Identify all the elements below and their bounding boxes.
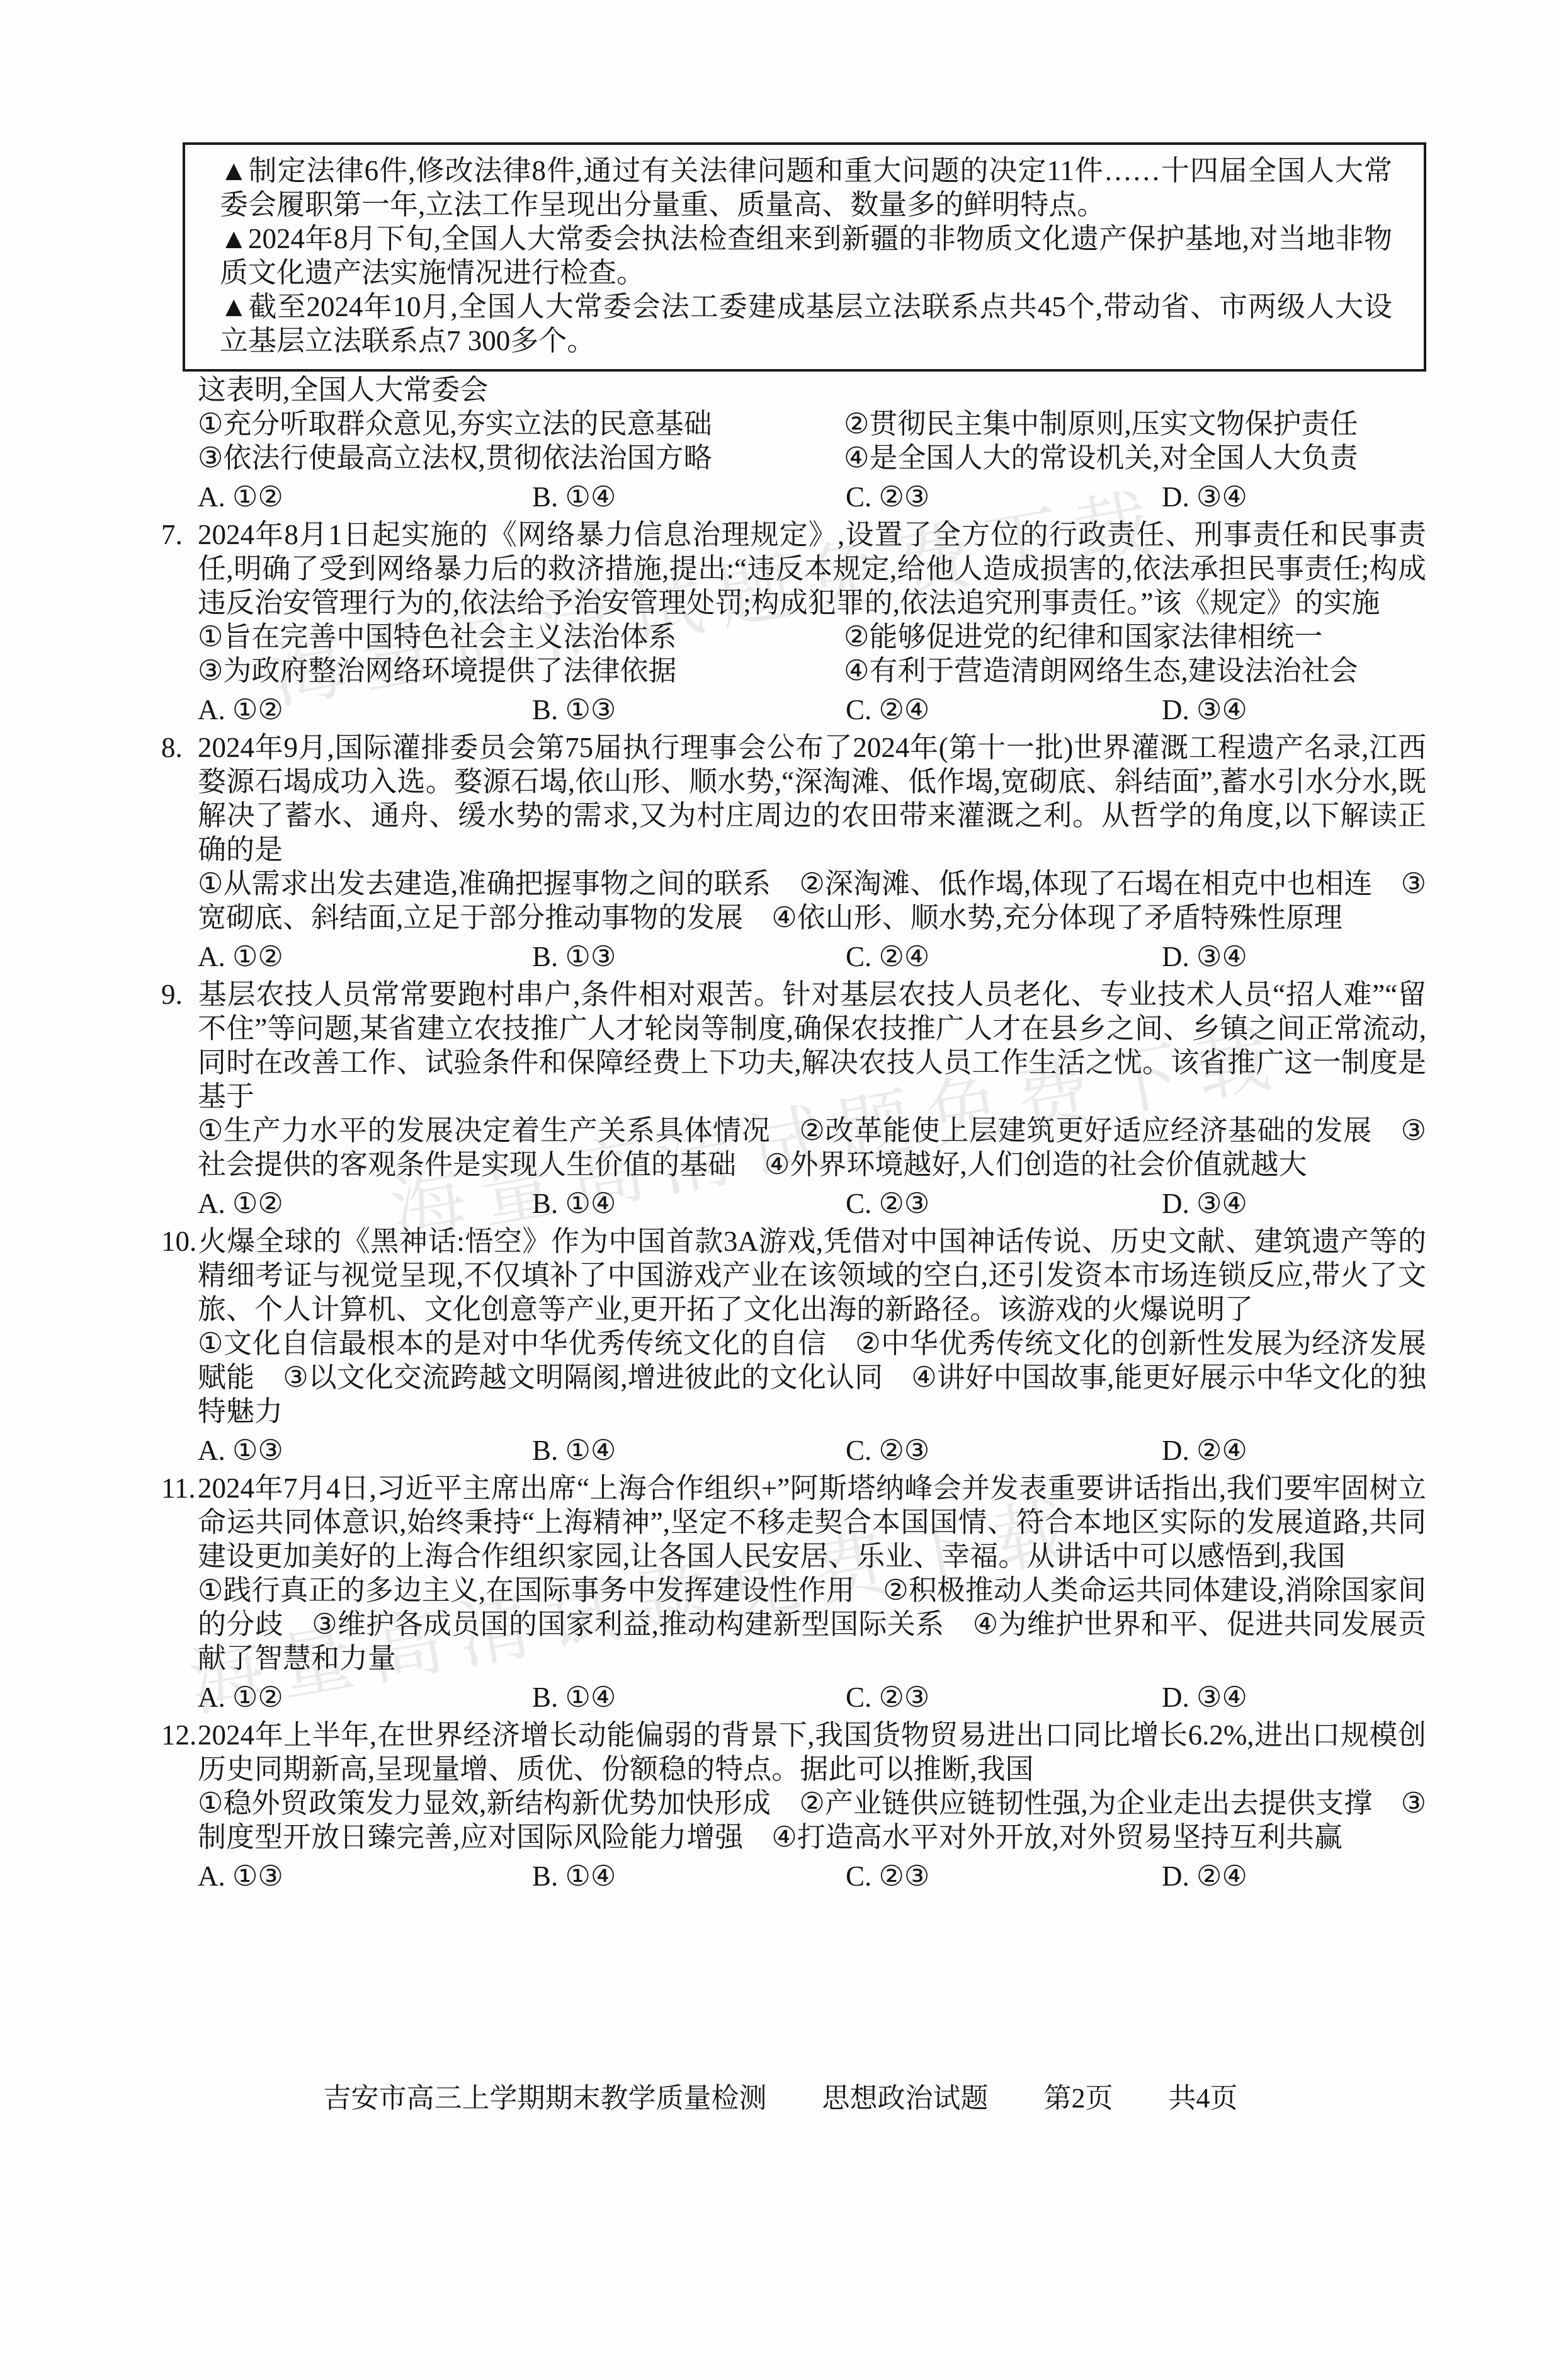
q8-choice-b: B. ①③ <box>532 940 616 974</box>
q7-number: 7. <box>161 518 198 552</box>
q7-choice-a: A. ①② <box>198 693 283 727</box>
q6-choice-b: B. ①④ <box>532 480 616 514</box>
q12-choice-c: C. ②③ <box>846 1859 929 1893</box>
question-9: 9.基层农技人员常常要跑村串户,条件相对艰苦。针对基层农技人员老化、专业技术人员… <box>157 977 1426 1221</box>
q7-option-row-2: ③为政府整治网络环境提供了法律依据 ④有利于营造清朗网络生态,建设法治社会 <box>198 654 1426 688</box>
q6-bullet-1: ▲制定法律6件,修改法律8件,通过有关法律问题和重大问题的决定11件……十四届全… <box>220 154 1392 222</box>
q12-options: ①稳外贸政策发力显效,新结构新优势加快形成 ②产业链供应链韧性强,为企业走出去提… <box>198 1786 1426 1854</box>
q10-number: 10. <box>161 1224 198 1258</box>
q10-choice-b: B. ①④ <box>532 1433 616 1467</box>
q9-stem-text: 基层农技人员常常要跑村串户,条件相对艰苦。针对基层农技人员老化、专业技术人员“招… <box>198 979 1426 1112</box>
q7-option-3: ③为政府整治网络环境提供了法律依据 <box>198 655 676 686</box>
q6-answer-row: A. ①② B. ①④ C. ②③ D. ③④ <box>198 480 1426 514</box>
q9-number: 9. <box>161 977 198 1011</box>
q11-choice-a: A. ①② <box>198 1680 283 1714</box>
q10-choice-c: C. ②③ <box>846 1433 929 1467</box>
q6-choice-c: C. ②③ <box>846 480 929 514</box>
q10-choice-d: D. ②④ <box>1162 1433 1247 1467</box>
q7-choice-d: D. ③④ <box>1162 693 1247 727</box>
page-footer: 吉安市高三上学期期末教学质量检测 思想政治试题 第2页 共4页 <box>0 2081 1561 2115</box>
q7-option-4: ④有利于营造清朗网络生态,建设法治社会 <box>844 654 1358 688</box>
q8-choice-c: C. ②④ <box>846 940 929 974</box>
q6-option-4: ④是全国人大的常设机关,对全国人大负责 <box>844 441 1358 475</box>
q11-stem: 11.2024年7月4日,习近平主席出席“上海合作组织+”阿斯塔纳峰会并发表重要… <box>157 1471 1426 1573</box>
q12-stem-text: 2024年上半年,在世界经济增长动能偏弱的背景下,我国货物贸易进出口同比增长6.… <box>198 1719 1426 1785</box>
q7-option-2: ②能够促进党的纪律和国家法律相统一 <box>844 620 1322 654</box>
q8-choice-d: D. ③④ <box>1162 940 1247 974</box>
q12-stem: 12.2024年上半年,在世界经济增长动能偏弱的背景下,我国货物贸易进出口同比增… <box>157 1718 1426 1786</box>
q8-stem-text: 2024年9月,国际灌排委员会第75届执行理事会公布了2024年(第十一批)世界… <box>198 732 1426 865</box>
q11-answer-row: A. ①② B. ①④ C. ②③ D. ③④ <box>198 1680 1426 1714</box>
question-8: 8.2024年9月,国际灌排委员会第75届执行理事会公布了2024年(第十一批)… <box>157 731 1426 974</box>
q7-stem: 7.2024年8月1日起实施的《网络暴力信息治理规定》,设置了全方位的行政责任、… <box>157 518 1426 620</box>
q6-option-3: ③依法行使最高立法权,贯彻依法治国方略 <box>198 442 712 474</box>
q7-choice-c: C. ②④ <box>846 693 929 727</box>
q6-option-row-1: ①充分听取群众意见,夯实立法的民意基础 ②贯彻民主集中制原则,压实文物保护责任 <box>198 407 1426 441</box>
exam-content: ▲制定法律6件,修改法律8件,通过有关法律问题和重大问题的决定11件……十四届全… <box>157 142 1426 1897</box>
q10-answer-row: A. ①③ B. ①④ C. ②③ D. ②④ <box>198 1433 1426 1467</box>
q12-choice-a: A. ①③ <box>198 1859 283 1893</box>
q9-answer-row: A. ①② B. ①④ C. ②③ D. ③④ <box>198 1187 1426 1221</box>
q7-option-1: ①旨在完善中国特色社会主义法治体系 <box>198 621 676 652</box>
q9-choice-a: A. ①② <box>198 1187 283 1221</box>
q10-choice-a: A. ①③ <box>198 1433 283 1467</box>
q11-choice-c: C. ②③ <box>846 1680 929 1714</box>
q7-choice-b: B. ①③ <box>532 693 616 727</box>
q11-choice-d: D. ③④ <box>1162 1680 1247 1714</box>
q11-stem-text: 2024年7月4日,习近平主席出席“上海合作组织+”阿斯塔纳峰会并发表重要讲话指… <box>198 1472 1426 1572</box>
q7-answer-row: A. ①② B. ①③ C. ②④ D. ③④ <box>198 693 1426 727</box>
q11-choice-b: B. ①④ <box>532 1680 616 1714</box>
question-11: 11.2024年7月4日,习近平主席出席“上海合作组织+”阿斯塔纳峰会并发表重要… <box>157 1471 1426 1714</box>
q8-answer-row: A. ①② B. ①③ C. ②④ D. ③④ <box>198 940 1426 974</box>
q8-stem: 8.2024年9月,国际灌排委员会第75届执行理事会公布了2024年(第十一批)… <box>157 731 1426 867</box>
question-12: 12.2024年上半年,在世界经济增长动能偏弱的背景下,我国货物贸易进出口同比增… <box>157 1718 1426 1893</box>
q6-lead: 这表明,全国人大常委会 <box>198 373 1426 407</box>
q11-number: 11. <box>161 1471 198 1505</box>
q12-number: 12. <box>161 1718 198 1752</box>
q8-choice-a: A. ①② <box>198 940 283 974</box>
q7-stem-text: 2024年8月1日起实施的《网络暴力信息治理规定》,设置了全方位的行政责任、刑事… <box>198 519 1426 618</box>
question-10: 10.火爆全球的《黑神话:悟空》作为中国首款3A游戏,凭借对中国神话传说、历史文… <box>157 1224 1426 1467</box>
q12-choice-b: B. ①④ <box>532 1859 616 1893</box>
q6-choice-a: A. ①② <box>198 480 283 514</box>
q6-choice-d: D. ③④ <box>1162 480 1247 514</box>
q12-choice-d: D. ②④ <box>1162 1859 1247 1893</box>
q7-option-row-1: ①旨在完善中国特色社会主义法治体系 ②能够促进党的纪律和国家法律相统一 <box>198 620 1426 654</box>
q6-bullet-3: ▲截至2024年10月,全国人大常委会法工委建成基层立法联系点共45个,带动省、… <box>220 290 1392 358</box>
question-7: 7.2024年8月1日起实施的《网络暴力信息治理规定》,设置了全方位的行政责任、… <box>157 518 1426 727</box>
q9-stem: 9.基层农技人员常常要跑村串户,条件相对艰苦。针对基层农技人员老化、专业技术人员… <box>157 977 1426 1113</box>
q9-options: ①生产力水平的发展决定着生产关系具体情况 ②改革能使上层建筑更好适应经济基础的发… <box>198 1113 1426 1181</box>
q8-options: ①从需求出发去建造,准确把握事物之间的联系 ②深淘滩、低作堨,体现了石堨在相克中… <box>198 867 1426 935</box>
exam-page: 海量高清试题免费下载 海量高清试题免费下载 海量高清试题免费下载 ▲制定法律6件… <box>0 0 1561 2380</box>
q6-material-box: ▲制定法律6件,修改法律8件,通过有关法律问题和重大问题的决定11件……十四届全… <box>183 142 1426 372</box>
q9-choice-d: D. ③④ <box>1162 1187 1247 1221</box>
q10-stem: 10.火爆全球的《黑神话:悟空》作为中国首款3A游戏,凭借对中国神话传说、历史文… <box>157 1224 1426 1326</box>
q6-option-2: ②贯彻民主集中制原则,压实文物保护责任 <box>844 407 1358 441</box>
q6-bullet-2: ▲2024年8月下旬,全国人大常委会执法检查组来到新疆的非物质文化遗产保护基地,… <box>220 222 1392 290</box>
q8-number: 8. <box>161 731 198 765</box>
q11-options: ①践行真正的多边主义,在国际事务中发挥建设性作用 ②积极推动人类命运共同体建设,… <box>198 1573 1426 1675</box>
q6-option-row-2: ③依法行使最高立法权,贯彻依法治国方略 ④是全国人大的常设机关,对全国人大负责 <box>198 441 1426 475</box>
q12-answer-row: A. ①③ B. ①④ C. ②③ D. ②④ <box>198 1859 1426 1893</box>
q9-choice-b: B. ①④ <box>532 1187 616 1221</box>
question-6: ▲制定法律6件,修改法律8件,通过有关法律问题和重大问题的决定11件……十四届全… <box>157 142 1426 514</box>
q6-option-1: ①充分听取群众意见,夯实立法的民意基础 <box>198 408 712 440</box>
q9-choice-c: C. ②③ <box>846 1187 929 1221</box>
q10-stem-text: 火爆全球的《黑神话:悟空》作为中国首款3A游戏,凭借对中国神话传说、历史文献、建… <box>198 1226 1426 1325</box>
q10-options: ①文化自信最根本的是对中华优秀传统文化的自信 ②中华优秀传统文化的创新性发展为经… <box>198 1326 1426 1428</box>
